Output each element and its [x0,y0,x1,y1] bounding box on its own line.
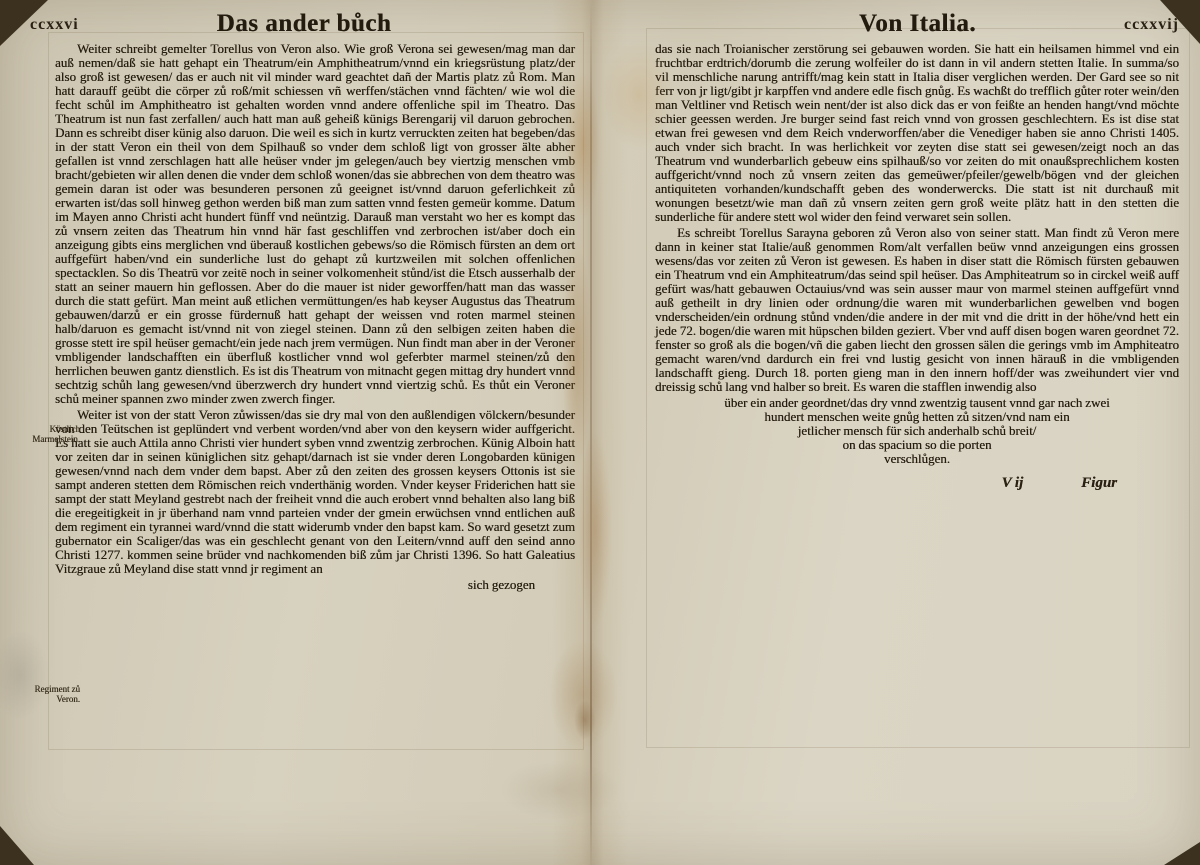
right-paragraph-2: Es schreibt Torellus Sarayna geboren zů … [655,226,1179,394]
taper-line: verschlůgen. [655,452,1179,466]
right-page: Von Italia. ccxxvij das sie nach Troiani… [650,8,1185,490]
taper-line: hundert menschen weite gnůg hetten zů si… [655,410,1179,424]
catchword: Figur [1081,476,1117,490]
left-running-title: Das ander bůch [30,10,578,38]
taper-line: on das spacium so die porten [655,438,1179,452]
left-page-header: ccxxvi Das ander bůch [30,8,578,42]
right-paragraph-1: das sie nach Troianischer zerstörung sei… [655,42,1179,224]
left-text-column: Köstlich Marmelstein. Regiment zů Veron.… [55,42,575,592]
margin-note-marble: Köstlich Marmelstein. [26,424,80,444]
left-page: ccxxvi Das ander bůch Köstlich Marmelste… [30,8,578,592]
right-running-title: Von Italia. [650,10,1185,38]
right-text-column: das sie nach Troianischer zerstörung sei… [655,42,1179,490]
right-folio-number: ccxxvij [1124,16,1179,34]
taper-line: über ein ander geordnet/das dry vnnd zwe… [655,396,1179,410]
left-paragraph-closing-line: sich gezogen [55,578,575,592]
signature-mark: V ij [1002,476,1024,490]
signature-row: V ij Figur [655,476,1179,490]
margin-note-regiment: Regiment zů Veron. [26,684,80,704]
right-page-header: Von Italia. ccxxvij [650,8,1185,42]
stain-blob [0,630,50,720]
taper-line: jetlicher mensch für sich anderhalb schů… [655,424,1179,438]
book-spread-paper: ccxxvi Das ander bůch Köstlich Marmelste… [0,0,1200,865]
left-paragraph-1: Weiter schreibt gemelter Torellus von Ve… [55,42,575,406]
fold-crease [590,0,592,865]
left-paragraph-2: Weiter ist von der statt Veron zůwissen/… [55,408,575,576]
